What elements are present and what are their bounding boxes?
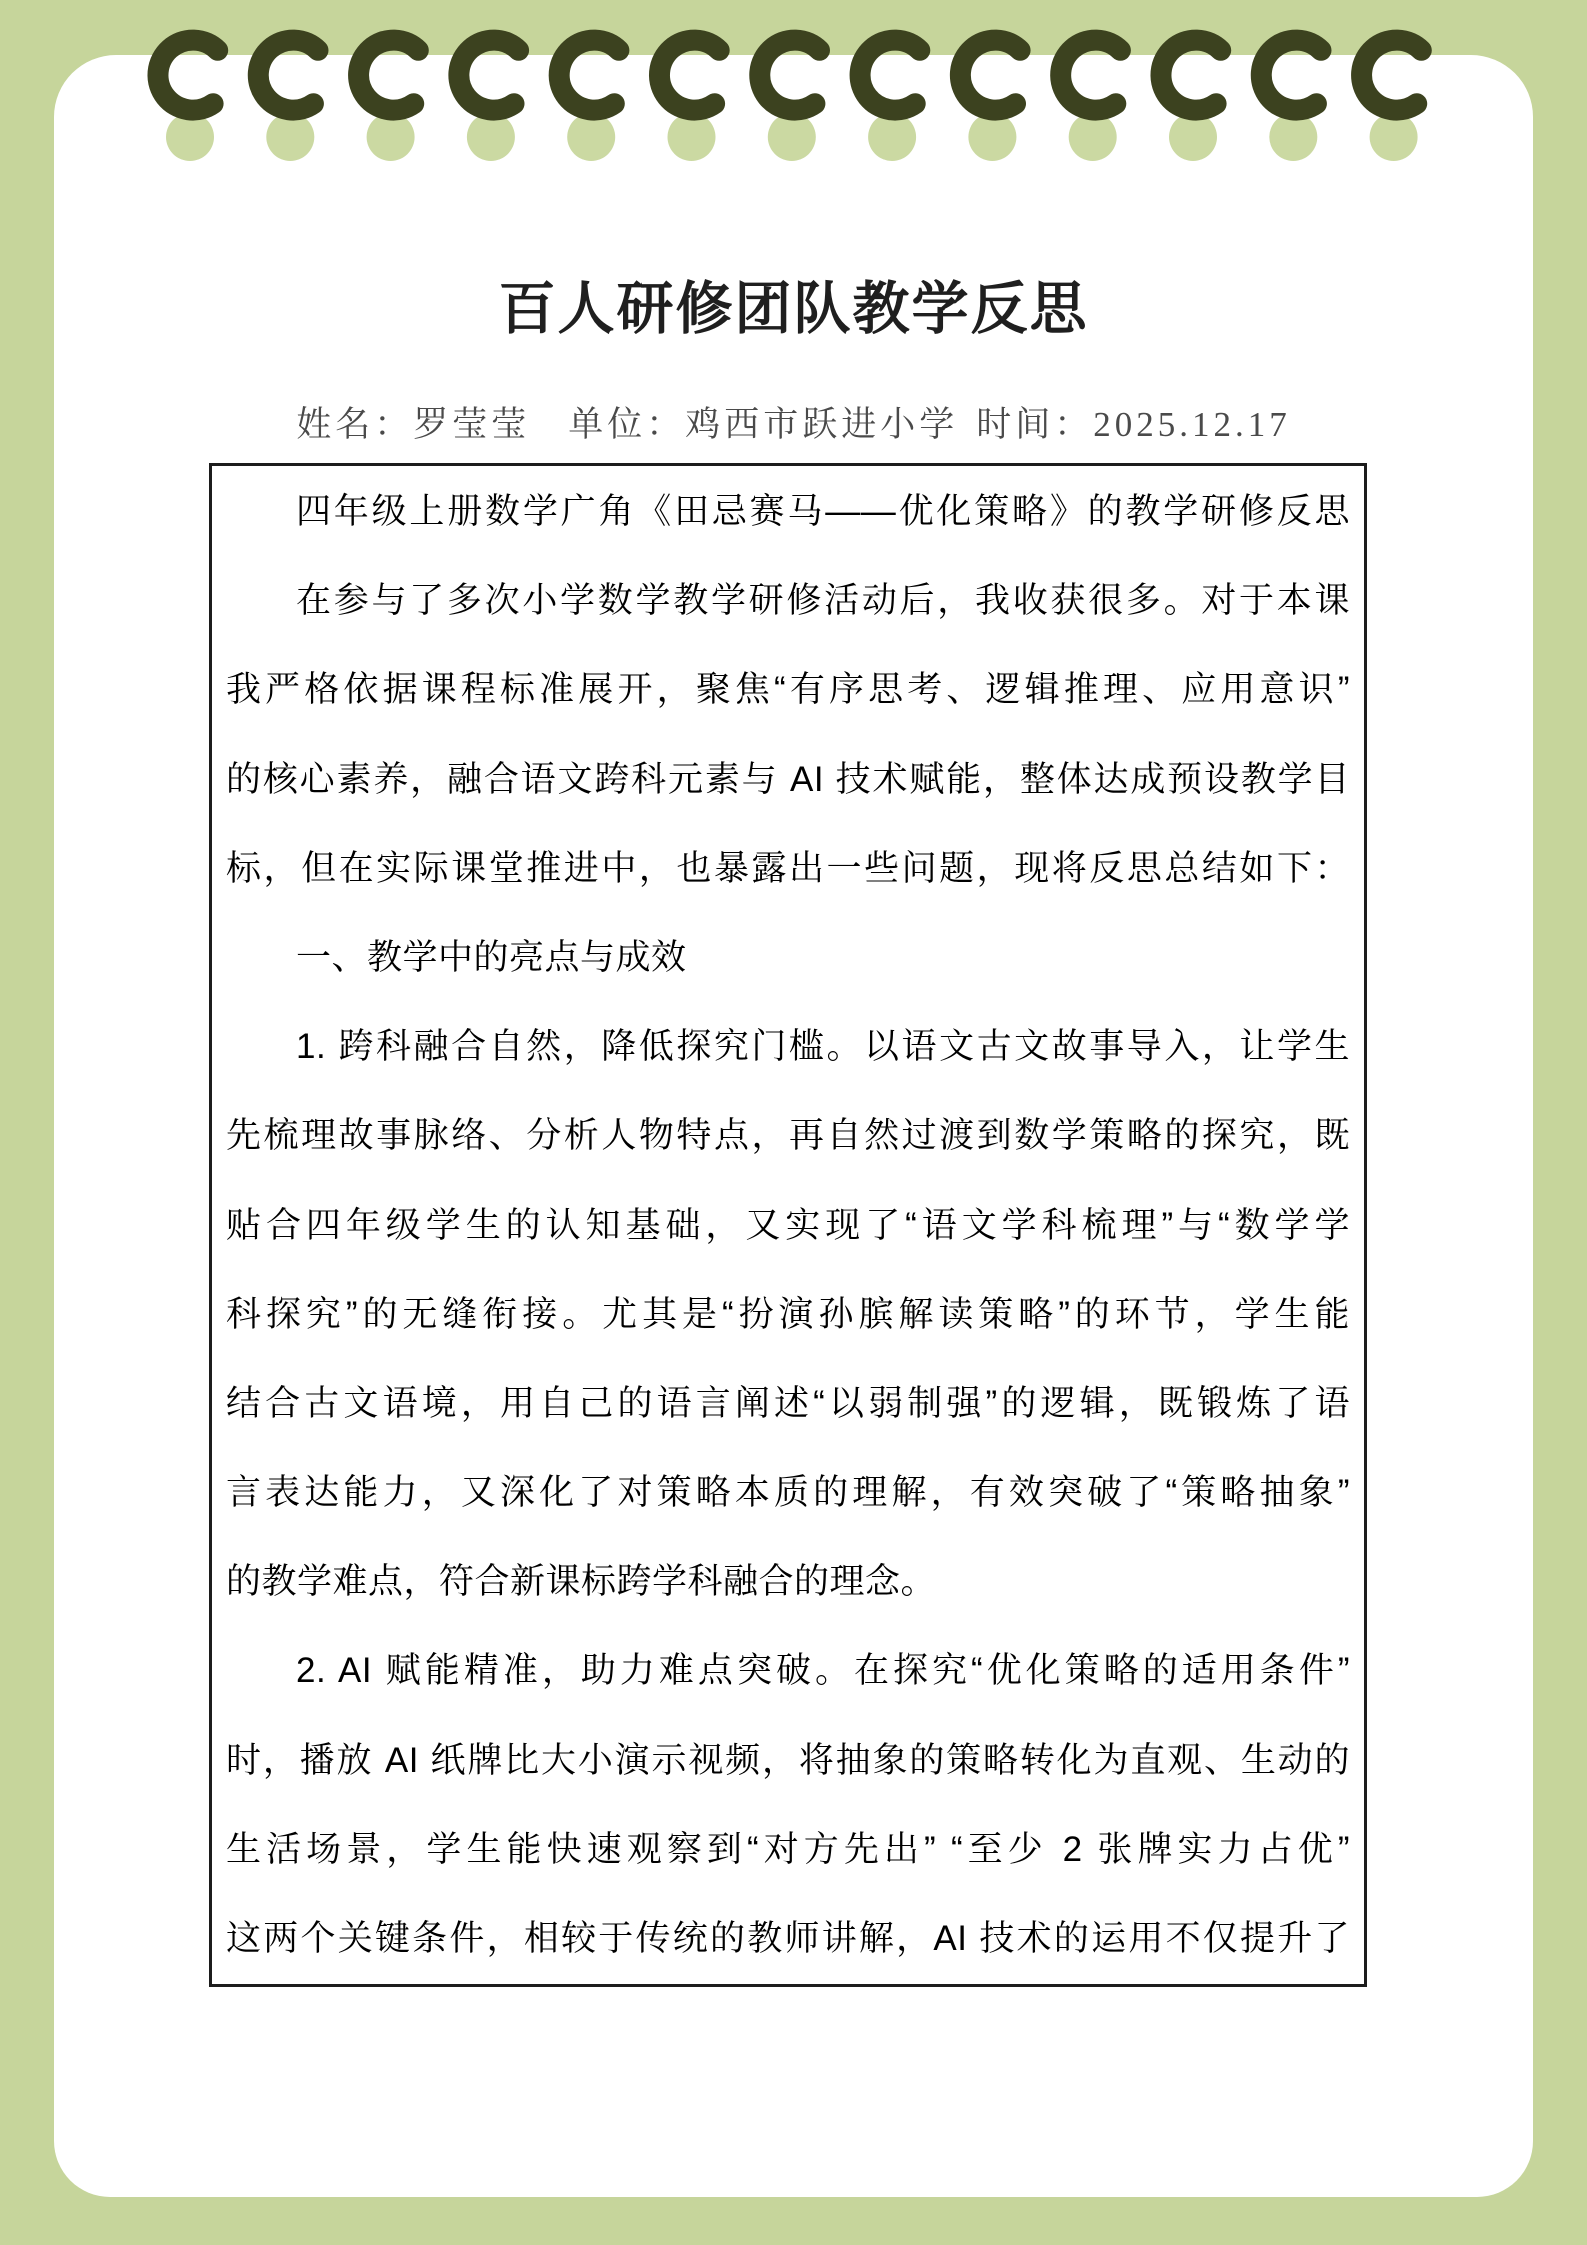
binding-ring-icon: [1362, 40, 1422, 110]
body-line: 时，播放 AI 纸牌比大小演示视频，将抽象的策略转化为直观、生动的: [226, 1716, 1350, 1805]
body-line: 四年级上册数学广角《田忌赛马——优化策略》的教学研修反思: [226, 467, 1350, 556]
page-title: 百人研修团队教学反思: [0, 272, 1587, 348]
binding-ring-icon: [559, 40, 619, 110]
binding-ring-icon: [359, 40, 419, 110]
meta-unit: 单位：鸡西市跃进小学: [568, 405, 958, 444]
binding-ring-icon: [659, 40, 719, 110]
spiral-binding: [0, 0, 1587, 175]
body-line: 结合古文语境，用自己的语言阐述“以弱制强”的逻辑，既锻炼了语: [226, 1359, 1350, 1448]
body-line: 先梳理故事脉络、分析人物特点，再自然过渡到数学策略的探究，既: [226, 1091, 1350, 1180]
body-line: 在参与了多次小学数学教学研修活动后，我收获很多。对于本课: [226, 556, 1350, 645]
body-line: 我严格依据课程标准展开，聚焦“有序思考、逻辑推理、应用意识”: [226, 645, 1350, 734]
binding-ring-icon: [760, 40, 820, 110]
body-line: 2. AI 赋能精准，助力难点突破。在探究“优化策略的适用条件”: [226, 1626, 1350, 1715]
body-line: 的教学难点，符合新课标跨学科融合的理念。: [226, 1537, 1350, 1626]
binding-ring-icon: [1161, 40, 1221, 110]
binding-ring-icon: [158, 40, 218, 110]
body-line: 言表达能力，又深化了对策略本质的理解，有效突破了“策略抽象”: [226, 1448, 1350, 1537]
binding-ring-icon: [1261, 40, 1321, 110]
meta-name: 姓名：罗莹莹: [296, 405, 530, 444]
binding-ring-icon: [960, 40, 1020, 110]
notebook-page: 百人研修团队教学反思 姓名：罗莹莹单位：鸡西市跃进小学时间：2025.12.17…: [0, 0, 1587, 2245]
reflection-box: 四年级上册数学广角《田忌赛马——优化策略》的教学研修反思 在参与了多次小学数学教…: [209, 463, 1367, 1987]
meta-line: 姓名：罗莹莹单位：鸡西市跃进小学时间：2025.12.17: [0, 402, 1587, 448]
body-line: 的核心素养，融合语文跨科元素与 AI 技术赋能，整体达成预设教学目: [226, 735, 1350, 824]
binding-ring-icon: [1061, 40, 1121, 110]
binding-ring-icon: [860, 40, 920, 110]
body-line: 1. 跨科融合自然，降低探究门槛。以语文古文故事导入，让学生: [226, 1002, 1350, 1091]
binding-ring-icon: [258, 40, 318, 110]
body-line: 这两个关键条件，相较于传统的教师讲解，AI 技术的运用不仅提升了: [226, 1894, 1350, 1983]
body-line: 科探究”的无缝衔接。尤其是“扮演孙膑解读策略”的环节，学生能: [226, 1270, 1350, 1359]
meta-time: 时间：2025.12.17: [976, 405, 1291, 444]
binding-ring-icon: [459, 40, 519, 110]
body-line: 标，但在实际课堂推进中，也暴露出一些问题，现将反思总结如下：: [226, 824, 1350, 913]
body-line: 一、教学中的亮点与成效: [226, 913, 1350, 1002]
body-line: 生活场景，学生能快速观察到“对方先出” “至少 2 张牌实力占优”: [226, 1805, 1350, 1894]
body-line: 贴合四年级学生的认知基础，又实现了“语文学科梳理”与“数学学: [226, 1181, 1350, 1270]
